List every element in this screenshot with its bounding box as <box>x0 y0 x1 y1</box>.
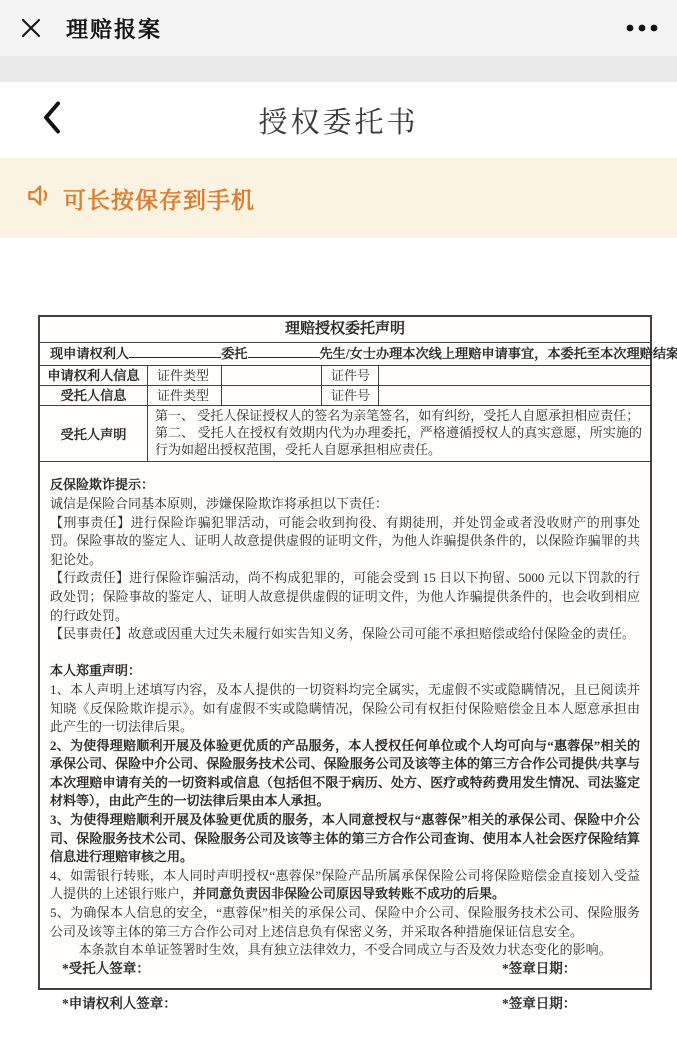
id-no-header: 证件号 <box>321 386 378 405</box>
delegation-suffix: 先生/女士办理本次线上理赔申请事宜，本委托至本次理赔结案为止。 <box>320 346 677 361</box>
id-type-value <box>221 386 321 405</box>
id-type-header: 证件类型 <box>147 366 221 385</box>
id-no-value <box>378 386 650 405</box>
speaker-icon <box>26 182 53 214</box>
wechat-titlebar: 理赔报案 <box>0 0 677 56</box>
paragraph: 1、本人声明上述填写内容，及本人提供的一切资料均完全属实，无虚假不实或隐瞒情况，… <box>50 681 640 737</box>
paragraph: 2、为使得理赔顺利开展及体验更优质的产品服务，本人授权任何单位或个人均可向与“惠… <box>50 737 640 811</box>
fraud-notice-items: 【刑事责任】进行保险诈骗犯罪活动，可能会收到拘役、有期徒刑，并处罚金或者没收财产… <box>50 514 640 644</box>
applicant-signature-label: *申请权利人签章： <box>62 996 177 1011</box>
document-body: 反保险欺诈提示： 诚信是保险合同基本原则，涉嫌保险欺诈将承担以下责任： 【刑事责… <box>40 462 650 1024</box>
back-icon[interactable] <box>42 101 62 140</box>
page-title: 授权委托书 <box>258 100 418 141</box>
applicant-name-blank <box>129 344 221 358</box>
closing-clause: 本条款自本单证签署时生效，具有独立法律效力，不受合同成立与否及效力状态变化的影响… <box>50 941 640 960</box>
trustee-signature-row: *受托人签章： *签章日期： <box>62 960 640 978</box>
id-no-value <box>378 366 650 385</box>
paragraph: 【行政责任】进行保险诈骗活动，尚不构成犯罪的，可能会受到 15 日以下拘留、50… <box>50 569 640 625</box>
paragraph: 第一、 受托人保证授权人的签名为亲笔签名，如有纠纷，受托人自愿承担相应责任； <box>155 408 642 425</box>
more-menu-icon[interactable] <box>625 23 659 33</box>
declaration-paragraphs: 1、本人声明上述填写内容，及本人提供的一切资料均完全属实，无虚假不实或隐瞒情况，… <box>50 681 640 941</box>
paragraph: 5、为确保本人信息的安全，“惠蓉保”相关的承保公司、保险中介公司、保险服务技术公… <box>50 904 640 941</box>
delegation-line: 现申请权利人委托先生/女士办理本次线上理赔申请事宜，本委托至本次理赔结案为止。 <box>40 343 650 366</box>
id-no-header: 证件号 <box>321 366 378 385</box>
declaration-heading: 本人郑重声明： <box>50 662 640 681</box>
close-icon[interactable] <box>18 15 44 41</box>
document-title: 理赔授权委托声明 <box>40 317 650 343</box>
paragraph: 【刑事责任】进行保险诈骗犯罪活动，可能会收到拘役、有期徒刑，并处罚金或者没收财产… <box>50 514 640 570</box>
app-title: 理赔报案 <box>66 13 162 44</box>
trustee-info-row: 受托人信息 证件类型 证件号 <box>40 386 650 406</box>
save-hint-banner: 可长按保存到手机 <box>0 158 677 238</box>
paragraph: 第二、 受托人在授权有效期内代为办理委托，严格遵循授权人的真实意愿，所实施的行为… <box>155 425 642 459</box>
applicant-signature-row: *申请权利人签章： *签章日期： <box>62 995 640 1013</box>
save-hint-text: 可长按保存到手机 <box>63 182 255 215</box>
trustee-signature-label: *受托人签章： <box>62 961 150 976</box>
trustee-declaration-row: 受托人声明 第一、 受托人保证授权人的签名为亲笔签名，如有纠纷，受托人自愿承担相… <box>40 406 650 462</box>
paragraph: 3、为使得理赔顺利开展及体验更优质的服务，本人同意授权与“惠蓉保”相关的承保公司… <box>50 811 640 867</box>
delegation-prefix: 现申请权利人 <box>50 346 129 361</box>
signature-date-label: *签章日期： <box>502 995 576 1013</box>
delegation-mid: 委托 <box>221 346 247 361</box>
id-type-header: 证件类型 <box>147 386 221 405</box>
id-type-value <box>221 366 321 385</box>
trustee-info-label: 受托人信息 <box>40 386 147 405</box>
fraud-notice-heading: 反保险欺诈提示： <box>50 476 640 495</box>
fraud-notice-intro: 诚信是保险合同基本原则，涉嫌保险欺诈将承担以下责任： <box>50 495 640 514</box>
trustee-declaration-items: 第一、 受托人保证授权人的签名为亲笔签名，如有纠纷，受托人自愿承担相应责任；第二… <box>147 406 650 461</box>
trustee-name-blank <box>248 344 320 358</box>
applicant-info-label: 申请权利人信息 <box>40 366 147 385</box>
trustee-declaration-label: 受托人声明 <box>40 406 147 461</box>
signature-date-label: *签章日期： <box>502 960 576 978</box>
signature-block: *受托人签章： *签章日期： *申请权利人签章： *签章日期： <box>50 960 640 1025</box>
page-header: 授权委托书 <box>0 82 677 158</box>
authorization-document-image[interactable]: 理赔授权委托声明 现申请权利人委托先生/女士办理本次线上理赔申请事宜，本委托至本… <box>38 315 652 990</box>
paragraph: 【民事责任】故意或因重大过失未履行如实告知义务，保险公司可能不承担赔偿或给付保险… <box>50 625 640 644</box>
applicant-info-row: 申请权利人信息 证件类型 证件号 <box>40 366 650 386</box>
paragraph: 4、如需银行转账，本人同时声明授权“惠蓉保”保险产品所属承保保险公司将保险赔偿金… <box>50 867 640 904</box>
header-divider <box>0 56 677 82</box>
